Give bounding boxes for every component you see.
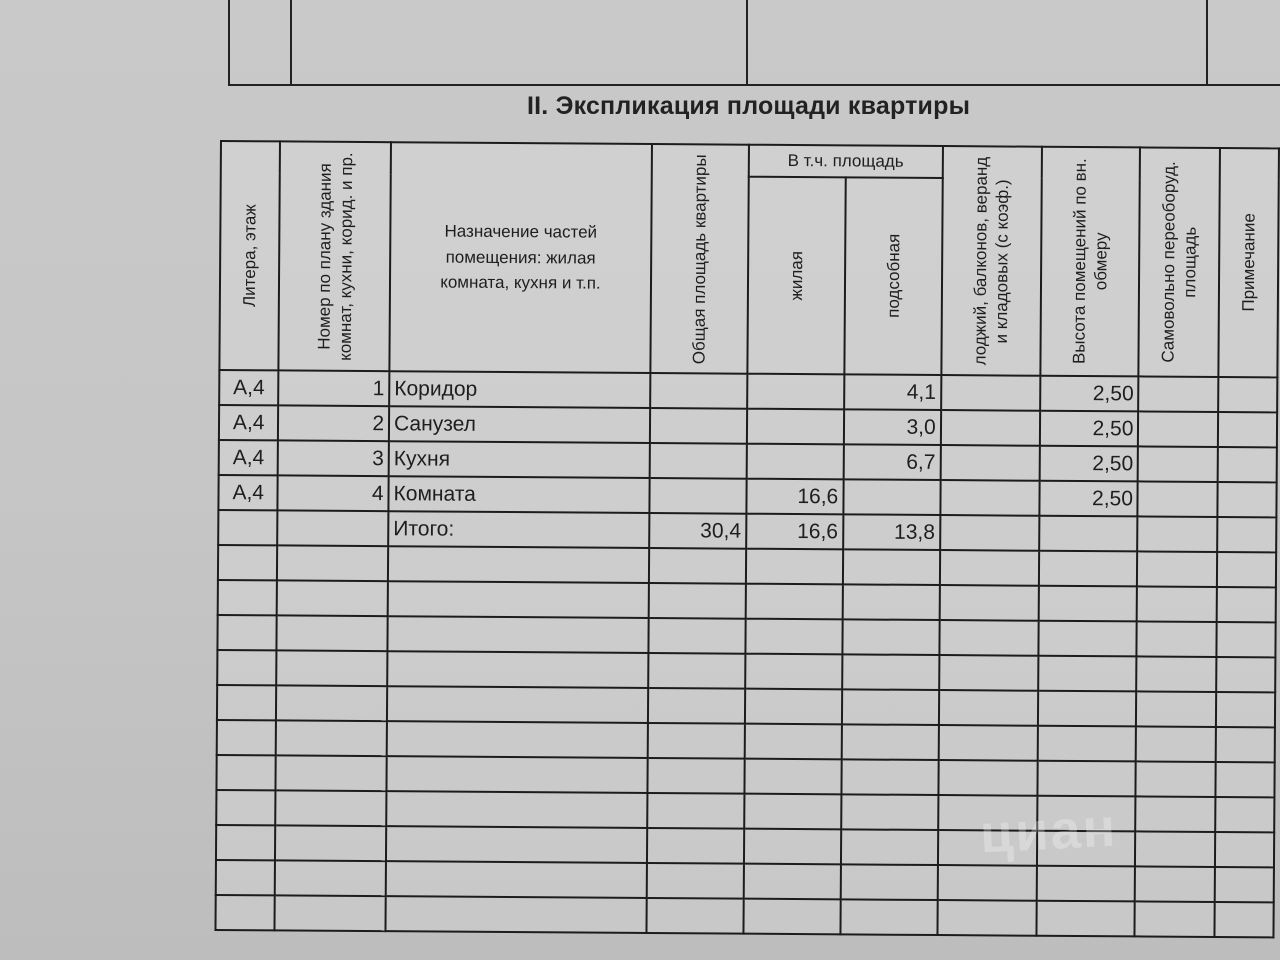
empty-cell: [1135, 901, 1215, 937]
empty-cell: [648, 723, 745, 759]
cell-height: 2,50: [1040, 376, 1139, 412]
empty-cell: [386, 861, 647, 898]
empty-cell: [1136, 691, 1216, 727]
cell-purpose: Кухня: [389, 441, 650, 478]
empty-cell: [386, 896, 647, 933]
empty-cell: [217, 685, 277, 720]
empty-cell: [1135, 866, 1215, 902]
empty-cell: [1216, 657, 1276, 692]
empty-cell: [218, 545, 278, 580]
cell-unauthorized: [1138, 411, 1218, 447]
cell-living: [746, 444, 843, 480]
empty-cell: [275, 860, 386, 896]
header-number: Номер по плану здания комнат, кухни, кор…: [279, 141, 391, 371]
empty-cell: [1136, 726, 1216, 762]
section-title: II. Экспликация площади квартиры: [527, 92, 970, 121]
empty-cell: [1137, 551, 1217, 587]
header-incl-group: В т.ч. площадь: [749, 145, 943, 178]
frame-divider: [1206, 0, 1208, 84]
header-auxiliary: подсобная: [844, 177, 942, 375]
empty-cell: [938, 830, 1037, 866]
frame-divider: [290, 0, 292, 84]
empty-cell: [647, 758, 744, 794]
empty-cell: [842, 619, 939, 655]
empty-cell: [276, 720, 387, 756]
cell-litera: А,4: [219, 440, 279, 475]
cell-total: 30,4: [649, 513, 746, 549]
empty-cell: [388, 546, 649, 583]
cell-note: [1217, 447, 1277, 482]
header-unauthorized: Самовольно переоборуд. площадь: [1139, 147, 1220, 377]
cell-number: 1: [279, 370, 390, 406]
empty-cell: [386, 791, 647, 828]
cell-loggias: [940, 480, 1039, 516]
empty-cell: [1036, 901, 1135, 937]
empty-cell: [647, 793, 744, 829]
empty-cell: [939, 620, 1038, 656]
empty-cell: [1038, 586, 1137, 622]
empty-cell: [937, 900, 1036, 936]
empty-cell: [1036, 866, 1135, 902]
header-total-area: Общая площадь квартиры: [650, 144, 749, 374]
cell-unauthorized: [1138, 516, 1218, 552]
empty-cell: [841, 759, 938, 795]
empty-cell: [842, 584, 939, 620]
empty-cell: [386, 826, 647, 863]
empty-cell: [648, 688, 745, 724]
cell-height: 2,50: [1039, 446, 1138, 482]
empty-cell: [841, 724, 938, 760]
cell-purpose: Санузел: [389, 406, 650, 443]
empty-cell: [940, 550, 1039, 586]
cell-auxiliary: 13,8: [843, 514, 940, 550]
cell-number: 3: [278, 440, 389, 476]
empty-cell: [1137, 586, 1217, 622]
empty-cell: [1037, 761, 1136, 797]
empty-cell: [277, 580, 388, 616]
cell-living: [747, 374, 844, 410]
empty-cell: [840, 899, 937, 935]
cell-litera: А,4: [219, 405, 279, 440]
cell-total: [650, 443, 747, 479]
cell-height: 2,50: [1039, 411, 1138, 447]
cell-number: [278, 510, 389, 546]
empty-cell: [275, 895, 386, 931]
explication-table-wrapper: Литера, этаж Номер по плану здания комна…: [214, 140, 1279, 938]
cell-auxiliary: 3,0: [844, 409, 941, 445]
empty-cell: [277, 545, 388, 581]
cell-living: [747, 409, 844, 445]
cell-total: [650, 373, 747, 409]
empty-cell: [216, 790, 276, 825]
empty-cell: [937, 865, 1036, 901]
empty-cell: [647, 863, 744, 899]
empty-cell: [647, 828, 744, 864]
empty-cell: [1216, 622, 1276, 657]
empty-cell: [1136, 761, 1216, 797]
frame-divider: [746, 0, 748, 84]
cell-note: [1217, 517, 1277, 552]
empty-cell: [939, 585, 1038, 621]
empty-cell: [277, 615, 388, 651]
cell-auxiliary: 6,7: [843, 444, 940, 480]
empty-cell: [649, 583, 746, 619]
header-loggias: лоджий, балконов, веранд и кладовых (с к…: [941, 146, 1041, 376]
cell-loggias: [940, 445, 1039, 481]
empty-cell: [275, 825, 386, 861]
empty-cell: [1136, 796, 1216, 832]
empty-cell: [388, 581, 649, 618]
cell-loggias: [940, 515, 1039, 551]
empty-cell: [938, 795, 1037, 831]
empty-cell: [745, 584, 842, 620]
empty-cell: [387, 616, 648, 653]
empty-cell: [843, 549, 940, 585]
empty-cell: [276, 755, 387, 791]
empty-cell: [216, 755, 276, 790]
empty-cell: [648, 618, 745, 654]
empty-cell: [1214, 902, 1274, 937]
empty-cell: [744, 864, 841, 900]
empty-cell: [277, 650, 388, 686]
empty-cell: [1216, 587, 1276, 622]
empty-cell: [842, 654, 939, 690]
empty-cell: [387, 651, 648, 688]
empty-cell: [217, 650, 277, 685]
empty-cell: [745, 619, 842, 655]
empty-cell: [841, 829, 938, 865]
cell-litera: А,4: [219, 370, 279, 405]
cell-note: [1218, 412, 1278, 447]
cell-unauthorized: [1139, 376, 1219, 412]
empty-cell: [1135, 831, 1215, 867]
empty-cell: [1137, 656, 1217, 692]
empty-cell: [216, 860, 276, 895]
empty-cell: [215, 895, 275, 930]
empty-cell: [939, 690, 1038, 726]
empty-cell: [744, 829, 841, 865]
empty-cell: [746, 549, 843, 585]
empty-cell: [1037, 726, 1136, 762]
empty-cell: [1036, 831, 1135, 867]
empty-cell: [1038, 621, 1137, 657]
empty-cell: [744, 759, 841, 795]
cell-purpose: Итого:: [388, 511, 649, 548]
empty-cell: [1215, 832, 1275, 867]
empty-cell: [744, 794, 841, 830]
cell-unauthorized: [1138, 446, 1218, 482]
empty-cell: [1216, 692, 1276, 727]
cell-unauthorized: [1138, 481, 1218, 517]
empty-cell: [646, 898, 743, 934]
empty-cell: [1215, 797, 1275, 832]
empty-cell: [1038, 656, 1137, 692]
header-purpose: Назначение частей помещения: жилая комна…: [389, 142, 651, 373]
cell-loggias: [941, 410, 1040, 446]
cell-living: 16,6: [746, 479, 843, 515]
header-height: Высота помещений по вн. обмеру: [1040, 147, 1140, 377]
empty-cell: [743, 899, 840, 935]
cell-purpose: Комната: [388, 476, 649, 513]
cell-height: 2,50: [1039, 481, 1138, 517]
cell-auxiliary: [843, 479, 940, 515]
empty-cell: [840, 864, 937, 900]
cell-purpose: Коридор: [389, 371, 650, 408]
previous-section-frame: [228, 0, 1280, 86]
empty-cell: [938, 760, 1037, 796]
cell-note: [1217, 482, 1277, 517]
header-note: Примечание: [1218, 148, 1279, 377]
empty-cell: [1038, 551, 1137, 587]
empty-cell: [938, 725, 1037, 761]
cell-height: [1039, 516, 1138, 552]
empty-cell: [1217, 552, 1277, 587]
empty-cell: [276, 685, 387, 721]
empty-cell: [387, 756, 648, 793]
cell-number: 2: [278, 405, 389, 441]
empty-cell: [649, 548, 746, 584]
cell-number: 4: [278, 475, 389, 511]
cell-living: 16,6: [746, 514, 843, 550]
explication-table: Литера, этаж Номер по плану здания комна…: [214, 140, 1279, 938]
empty-cell: [745, 724, 842, 760]
cell-total: [649, 478, 746, 514]
empty-cell: [939, 655, 1038, 691]
empty-cell: [841, 794, 938, 830]
empty-cell: [1215, 727, 1275, 762]
empty-cell: [648, 653, 745, 689]
cell-litera: [218, 510, 278, 545]
empty-cell: [1037, 691, 1136, 727]
cell-auxiliary: 4,1: [844, 374, 941, 410]
empty-cell: [1137, 621, 1217, 657]
empty-cell: [387, 721, 648, 758]
empty-cell: [842, 689, 939, 725]
empty-cell: [218, 580, 278, 615]
empty-cell: [216, 825, 276, 860]
empty-cell: [1037, 796, 1136, 832]
empty-row: [215, 895, 1273, 937]
cell-litera: А,4: [218, 475, 278, 510]
empty-cell: [1215, 762, 1275, 797]
empty-cell: [745, 689, 842, 725]
empty-cell: [1214, 867, 1274, 902]
cell-loggias: [941, 375, 1040, 411]
empty-cell: [217, 615, 277, 650]
empty-cell: [387, 686, 648, 723]
empty-cell: [276, 790, 387, 826]
empty-cell: [745, 654, 842, 690]
header-living: жилая: [747, 177, 845, 375]
cell-total: [650, 408, 747, 444]
empty-cell: [217, 720, 277, 755]
cell-note: [1218, 377, 1278, 412]
header-litera: Литера, этаж: [219, 141, 280, 370]
